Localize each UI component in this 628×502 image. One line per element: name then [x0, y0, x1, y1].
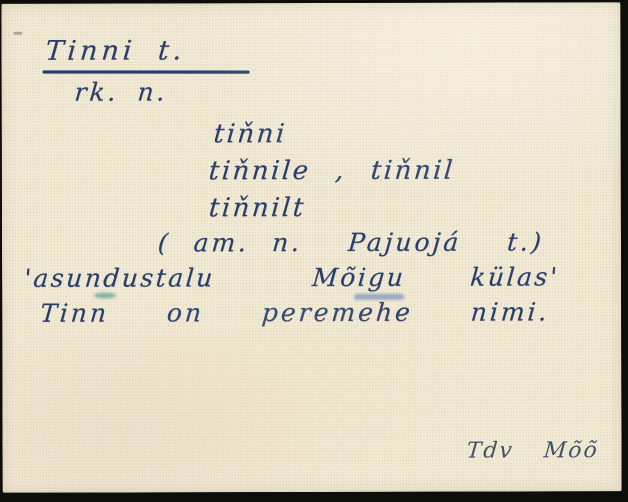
meaning-line: 'asundustalu Mõigu külas' — [23, 264, 560, 290]
inflection-line-2: tiňnile , tiňnil — [208, 158, 456, 185]
official-name-note: ( am. n. Pajuojá t.) — [157, 229, 545, 255]
inflection-line-1: tiňni — [213, 121, 288, 147]
grammar-note: rk. n. — [74, 79, 169, 104]
index-card: Tinni t. rk. n. tiňni tiňnile , tiňnil t… — [1, 2, 621, 493]
collector-signature: Tdv Mõõ — [466, 440, 600, 462]
title-underline — [43, 70, 250, 73]
card-photo: Tinni t. rk. n. tiňni tiňnile , tiňnil t… — [0, 0, 628, 502]
card-title: Tinni t. — [44, 37, 186, 64]
paper-speck — [13, 32, 22, 35]
remark-line: Tinn on peremehe nimi. — [39, 299, 551, 325]
inflection-line-3: tiňnilt — [208, 195, 307, 221]
